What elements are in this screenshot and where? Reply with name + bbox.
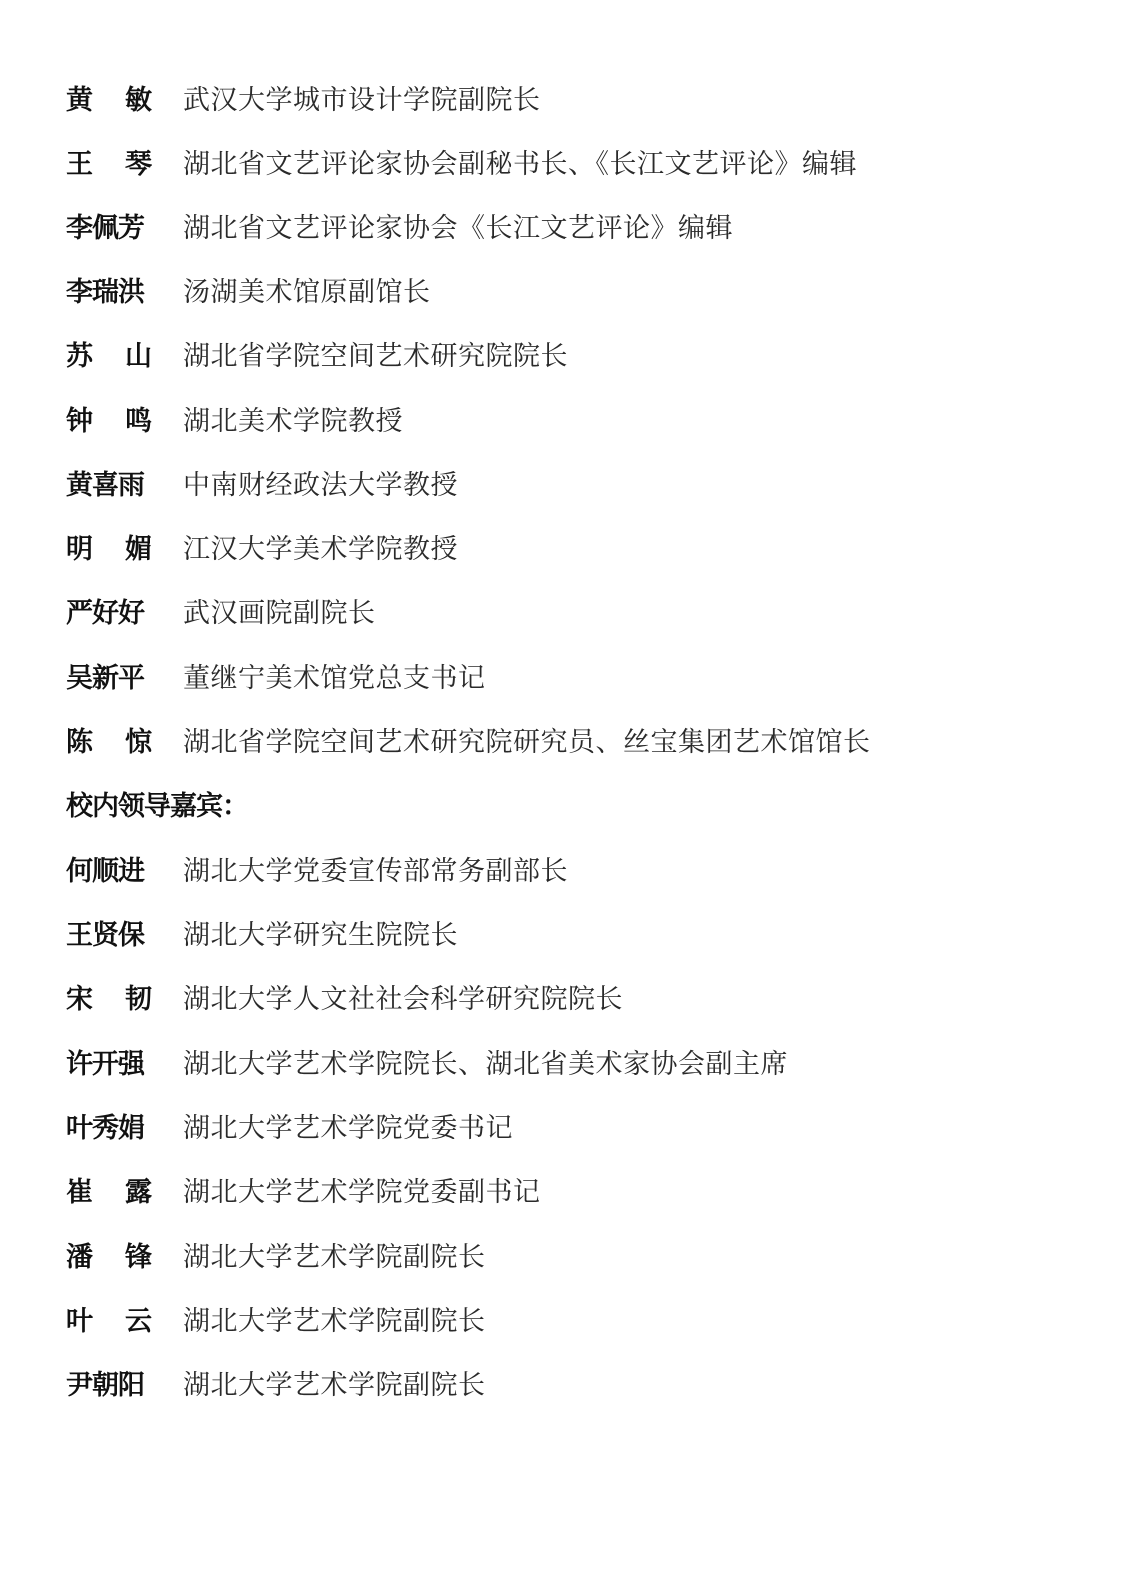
guest-name: 黄敏	[66, 78, 152, 117]
guest-row: 何顺进 湖北大学党委宣传部常务副部长	[66, 848, 568, 888]
guest-row: 吴新平 董继宁美术馆党总支书记	[66, 655, 486, 695]
guest-name: 叶秀娟	[66, 1106, 152, 1145]
guest-row: 宋韧 湖北大学人文社社会科学研究院院长	[66, 976, 623, 1016]
guest-title: 湖北大学党委宣传部常务副部长	[183, 849, 568, 888]
guest-row: 潘锋 湖北大学艺术学院副院长	[66, 1234, 486, 1274]
guest-row: 许开强 湖北大学艺术学院院长、湖北省美术家协会副主席	[66, 1041, 788, 1081]
guest-row: 李瑞洪 汤湖美术馆原副馆长	[66, 269, 431, 309]
guest-row: 崔露 湖北大学艺术学院党委副书记	[66, 1169, 541, 1209]
name-char: 明	[66, 527, 93, 566]
guest-name: 崔露	[66, 1170, 152, 1209]
name-char: 钟	[66, 399, 93, 438]
guest-row: 陈惊 湖北省学院空间艺术研究院研究员、丝宝集团艺术馆馆长	[66, 719, 871, 759]
name-char: 叶	[66, 1299, 93, 1338]
name-char: 苏	[66, 334, 93, 373]
guest-name: 潘锋	[66, 1235, 152, 1274]
guest-name: 吴新平	[66, 656, 152, 695]
guest-name: 苏山	[66, 334, 152, 373]
guest-name: 严好好	[66, 591, 152, 630]
guest-row: 钟鸣 湖北美术学院教授	[66, 398, 403, 438]
guest-name: 黄喜雨	[66, 463, 152, 502]
guest-title: 湖北省学院空间艺术研究院研究员、丝宝集团艺术馆馆长	[183, 720, 871, 759]
guest-row: 严好好 武汉画院副院长	[66, 590, 376, 630]
guest-title: 武汉大学城市设计学院副院长	[183, 78, 541, 117]
name-char: 锋	[125, 1235, 152, 1274]
guest-row: 叶云 湖北大学艺术学院副院长	[66, 1298, 486, 1338]
name-char: 陈	[66, 720, 93, 759]
guest-title: 湖北大学研究生院院长	[183, 913, 458, 952]
guest-name: 陈惊	[66, 720, 152, 759]
name-char: 崔	[66, 1170, 93, 1209]
name-char: 宋	[66, 977, 93, 1016]
guest-name: 何顺进	[66, 849, 152, 888]
document-page: 黄敏 武汉大学城市设计学院副院长 王琴 湖北省文艺评论家协会副秘书长、《长江文艺…	[0, 0, 1121, 1584]
guest-title: 汤湖美术馆原副馆长	[183, 270, 431, 309]
guest-name: 王琴	[66, 142, 152, 181]
guest-title: 江汉大学美术学院教授	[183, 527, 458, 566]
guest-name: 许开强	[66, 1042, 152, 1081]
guest-title: 湖北大学艺术学院副院长	[183, 1363, 486, 1402]
guest-title: 湖北大学艺术学院副院长	[183, 1235, 486, 1274]
guest-row: 尹朝阳 湖北大学艺术学院副院长	[66, 1362, 486, 1402]
guest-name: 李佩芳	[66, 206, 152, 245]
guest-title: 湖北大学艺术学院副院长	[183, 1299, 486, 1338]
guest-name: 宋韧	[66, 977, 152, 1016]
guest-row: 苏山 湖北省学院空间艺术研究院院长	[66, 333, 568, 373]
guest-row: 王贤保 湖北大学研究生院院长	[66, 912, 458, 952]
guest-title: 湖北大学人文社社会科学研究院院长	[183, 977, 623, 1016]
guest-title: 湖北大学艺术学院院长、湖北省美术家协会副主席	[183, 1042, 788, 1081]
name-char: 韧	[125, 977, 152, 1016]
name-char: 黄	[66, 78, 93, 117]
guest-row: 王琴 湖北省文艺评论家协会副秘书长、《长江文艺评论》编辑	[66, 141, 857, 181]
guest-name: 钟鸣	[66, 399, 152, 438]
guest-title: 董继宁美术馆党总支书记	[183, 656, 486, 695]
section-header-internal-guests: 校内领导嘉宾：	[66, 783, 248, 823]
name-char: 潘	[66, 1235, 93, 1274]
name-char: 云	[125, 1299, 152, 1338]
name-char: 山	[125, 334, 152, 373]
guest-name: 王贤保	[66, 913, 152, 952]
name-char: 惊	[125, 720, 152, 759]
guest-title: 湖北省学院空间艺术研究院院长	[183, 334, 568, 373]
guest-title: 中南财经政法大学教授	[183, 463, 458, 502]
name-char: 鸣	[125, 399, 152, 438]
guest-title: 湖北省文艺评论家协会副秘书长、《长江文艺评论》编辑	[183, 142, 857, 181]
guest-title: 湖北美术学院教授	[183, 399, 403, 438]
guest-name: 叶云	[66, 1299, 152, 1338]
name-char: 露	[125, 1170, 152, 1209]
name-char: 媚	[125, 527, 152, 566]
guest-title: 湖北省文艺评论家协会《长江文艺评论》编辑	[183, 206, 733, 245]
guest-name: 李瑞洪	[66, 270, 152, 309]
guest-name: 明媚	[66, 527, 152, 566]
guest-row: 明媚 江汉大学美术学院教授	[66, 526, 458, 566]
name-char: 敏	[125, 78, 152, 117]
guest-row: 李佩芳 湖北省文艺评论家协会《长江文艺评论》编辑	[66, 205, 733, 245]
guest-title: 湖北大学艺术学院党委副书记	[183, 1170, 541, 1209]
name-char: 王	[66, 142, 93, 181]
guest-title: 湖北大学艺术学院党委书记	[183, 1106, 513, 1145]
guest-row: 黄敏 武汉大学城市设计学院副院长	[66, 77, 541, 117]
guest-row: 黄喜雨 中南财经政法大学教授	[66, 462, 458, 502]
guest-name: 尹朝阳	[66, 1363, 152, 1402]
name-char: 琴	[125, 142, 152, 181]
guest-row: 叶秀娟 湖北大学艺术学院党委书记	[66, 1105, 513, 1145]
guest-title: 武汉画院副院长	[183, 591, 376, 630]
